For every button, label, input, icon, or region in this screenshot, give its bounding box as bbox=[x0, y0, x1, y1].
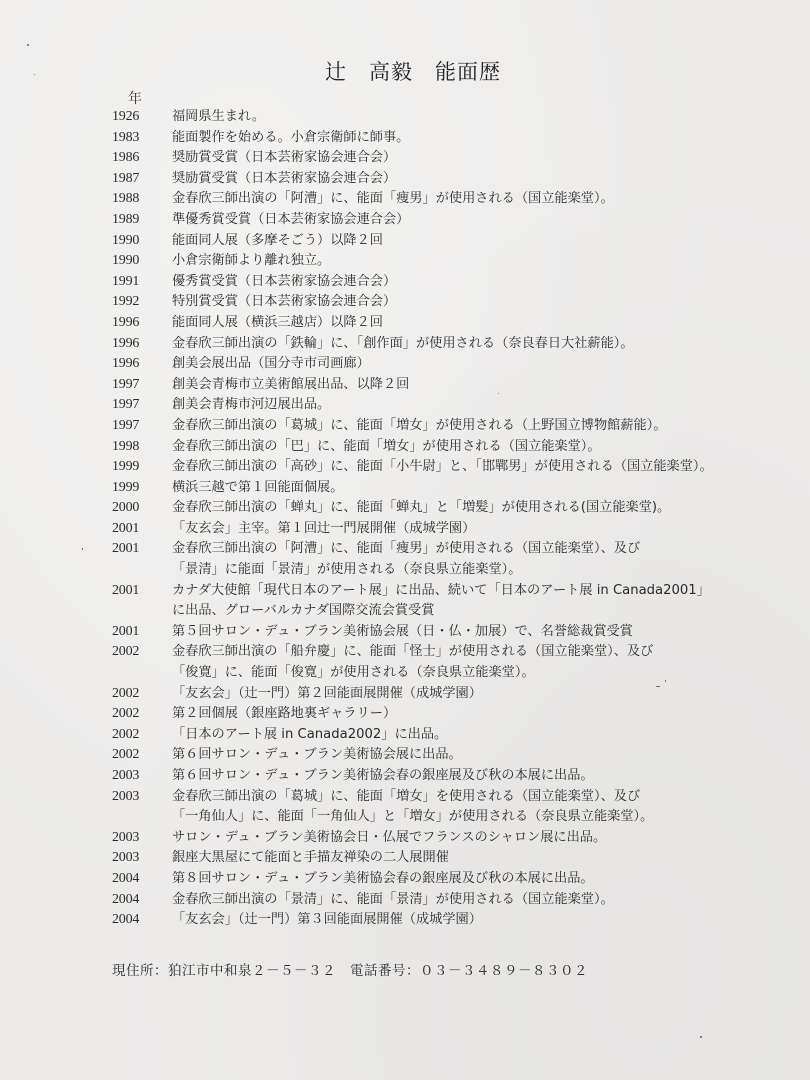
history-entry: 1997創美会青梅市立美術館展出品、以降２回 bbox=[112, 375, 792, 396]
entry-text: 福岡県生まれ。 bbox=[172, 107, 792, 128]
history-entry: 1983能面製作を始める。小倉宗衛師に師事。 bbox=[112, 128, 792, 149]
history-entry: 2004金春欣三師出演の「景清」に、能面「景清」が使用される（国立能楽堂）。 bbox=[112, 890, 792, 911]
entry-text: 第６回サロン・デュ・ブラン美術協会春の銀座展及び秋の本展に出品。 bbox=[172, 766, 792, 787]
history-entry: 1996能面同人展（横浜三越店）以降２回 bbox=[112, 313, 792, 334]
paper-speck bbox=[665, 680, 666, 682]
entry-text: 金春欣三師出演の「景清」に、能面「景清」が使用される（国立能楽堂）。 bbox=[172, 890, 792, 911]
entry-year: 2002 bbox=[112, 642, 172, 663]
history-entry: 2002金春欣三師出演の「船弁慶」に、能面「怪士」が使用される（国立能楽堂）、及… bbox=[112, 642, 792, 683]
year-column-header: 年 bbox=[128, 88, 142, 108]
history-entry: 1996創美会展出品（国分寺市司画廊） bbox=[112, 354, 792, 375]
entry-year: 2001 bbox=[112, 539, 172, 560]
entry-text: 第８回サロン・デュ・ブラン美術協会春の銀座展及び秋の本展に出品。 bbox=[172, 869, 792, 890]
address-text: 現住所：狛江市中和泉２－５－３２ bbox=[112, 963, 336, 979]
entry-text: 能面製作を始める。小倉宗衛師に師事。 bbox=[172, 128, 792, 149]
history-entry: 2004「友玄会」（辻一門）第３回能面展開催（成城学園） bbox=[112, 910, 792, 931]
entry-text: 金春欣三師出演の「葛城」に、能面「増女」が使用される（上野国立博物館薪能）。 bbox=[172, 416, 792, 437]
history-entry: 2004第８回サロン・デュ・ブラン美術協会春の銀座展及び秋の本展に出品。 bbox=[112, 869, 792, 890]
history-entry: 1988金春欣三師出演の「阿漕」に、能面「痩男」が使用される（国立能楽堂）。 bbox=[112, 189, 792, 210]
entry-text: 第２回個展（銀座路地裏ギャラリー） bbox=[172, 704, 792, 725]
history-list: 1926福岡県生まれ。1983能面製作を始める。小倉宗衛師に師事。1986奨励賞… bbox=[112, 107, 792, 931]
entry-text: 能面同人展（横浜三越店）以降２回 bbox=[172, 313, 792, 334]
history-entry: 1999横浜三越で第１回能面個展。 bbox=[112, 478, 792, 499]
entry-text: 金春欣三師出演の「高砂」に、能面「小牛尉」と、「邯鄲男」が使用される（国立能楽堂… bbox=[172, 457, 792, 478]
entry-text: 金春欣三師出演の「船弁慶」に、能面「怪士」が使用される（国立能楽堂）、及び 「俊… bbox=[172, 642, 792, 683]
entry-year: 2001 bbox=[112, 581, 172, 602]
paper-speck bbox=[34, 74, 35, 75]
entry-year: 2003 bbox=[112, 828, 172, 849]
history-entry: 2002「日本のアート展 in Canada2002」に出品。 bbox=[112, 725, 792, 746]
history-entry: 2002第６回サロン・デュ・ブラン美術協会展に出品。 bbox=[112, 745, 792, 766]
entry-year: 2003 bbox=[112, 766, 172, 787]
phone-text: 電話番号：０３－３４８９－８３０２ bbox=[350, 963, 588, 979]
entry-text: 準優秀賞受賞（日本芸術家協会連合会） bbox=[172, 210, 792, 231]
history-entry: 2001カナダ大使館「現代日本のアート展」に出品、続いて「日本のアート展 in … bbox=[112, 581, 792, 622]
entry-text: 特別賞受賞（日本芸術家協会連合会） bbox=[172, 292, 792, 313]
entry-year: 1998 bbox=[112, 437, 172, 458]
entry-text: 第６回サロン・デュ・ブラン美術協会展に出品。 bbox=[172, 745, 792, 766]
paper-speck bbox=[27, 44, 29, 46]
entry-year: 1991 bbox=[112, 272, 172, 293]
history-entry: 1989準優秀賞受賞（日本芸術家協会連合会） bbox=[112, 210, 792, 231]
entry-text: 奨励賞受賞（日本芸術家協会連合会） bbox=[172, 148, 792, 169]
entry-year: 2002 bbox=[112, 704, 172, 725]
history-entry: 2003第６回サロン・デュ・ブラン美術協会春の銀座展及び秋の本展に出品。 bbox=[112, 766, 792, 787]
entry-text: 第５回サロン・デュ・ブラン美術協会展（日・仏・加展）で、名誉総裁賞受賞 bbox=[172, 622, 792, 643]
entry-text: 金春欣三師出演の「巴」に、能面「増女」が使用される（国立能楽堂）。 bbox=[172, 437, 792, 458]
entry-text: 金春欣三師出演の「蝉丸」に、能面「蝉丸」と「増髪」が使用される(国立能楽堂)。 bbox=[172, 498, 792, 519]
entry-year: 2001 bbox=[112, 519, 172, 540]
entry-year: 1990 bbox=[112, 251, 172, 272]
entry-year: 1992 bbox=[112, 292, 172, 313]
entry-text: 創美会青梅市河辺展出品。 bbox=[172, 395, 792, 416]
entry-text: 小倉宗衛師より離れ独立。 bbox=[172, 251, 792, 272]
entry-year: 1990 bbox=[112, 231, 172, 252]
entry-year: 2000 bbox=[112, 498, 172, 519]
entry-text: 能面同人展（多摩そごう）以降２回 bbox=[172, 231, 792, 252]
entry-text: 「日本のアート展 in Canada2002」に出品。 bbox=[172, 725, 792, 746]
history-entry: 2002「友玄会」（辻一門）第２回能面展開催（成城学園） bbox=[112, 684, 792, 705]
history-entry: 1991優秀賞受賞（日本芸術家協会連合会） bbox=[112, 272, 792, 293]
history-entry: 2003サロン・デュ・ブラン美術協会日・仏展でフランスのシャロン展に出品。 bbox=[112, 828, 792, 849]
entry-year: 1996 bbox=[112, 334, 172, 355]
history-entry: 1997金春欣三師出演の「葛城」に、能面「増女」が使用される（上野国立博物館薪能… bbox=[112, 416, 792, 437]
contact-footer: 現住所：狛江市中和泉２－５－３２電話番号：０３－３４８９－８３０２ bbox=[112, 959, 588, 979]
entry-year: 2004 bbox=[112, 910, 172, 931]
history-entry: 2001金春欣三師出演の「阿漕」に、能面「痩男」が使用される（国立能楽堂）、及び… bbox=[112, 539, 792, 580]
paper-speck bbox=[498, 393, 499, 394]
history-entry: 2001「友玄会」主宰。第１回辻一門展開催（成城学園） bbox=[112, 519, 792, 540]
entry-year: 1986 bbox=[112, 148, 172, 169]
history-entry: 2003銀座大黒屋にて能面と手描友禅染の二人展開催 bbox=[112, 848, 792, 869]
entry-year: 1997 bbox=[112, 395, 172, 416]
entry-text: 創美会青梅市立美術館展出品、以降２回 bbox=[172, 375, 792, 396]
history-entry: 1986奨励賞受賞（日本芸術家協会連合会） bbox=[112, 148, 792, 169]
history-entry: 1996金春欣三師出演の「鉄輪」に、「創作面」が使用される（奈良春日大社薪能）。 bbox=[112, 334, 792, 355]
history-entry: 2000金春欣三師出演の「蝉丸」に、能面「蝉丸」と「増髪」が使用される(国立能楽… bbox=[112, 498, 792, 519]
entry-year: 2004 bbox=[112, 869, 172, 890]
entry-text: 金春欣三師出演の「鉄輪」に、「創作面」が使用される（奈良春日大社薪能）。 bbox=[172, 334, 792, 355]
entry-text: カナダ大使館「現代日本のアート展」に出品、続いて「日本のアート展 in Cana… bbox=[172, 581, 792, 622]
entry-year: 1997 bbox=[112, 375, 172, 396]
paper-speck bbox=[700, 1036, 702, 1038]
entry-text: 銀座大黒屋にて能面と手描友禅染の二人展開催 bbox=[172, 848, 792, 869]
entry-text: 金春欣三師出演の「阿漕」に、能面「痩男」が使用される（国立能楽堂）、及び 「景清… bbox=[172, 539, 792, 580]
entry-year: 1997 bbox=[112, 416, 172, 437]
entry-text: 「友玄会」主宰。第１回辻一門展開催（成城学園） bbox=[172, 519, 792, 540]
history-entry: 1926福岡県生まれ。 bbox=[112, 107, 792, 128]
entry-year: 2002 bbox=[112, 684, 172, 705]
entry-year: 1989 bbox=[112, 210, 172, 231]
entry-year: 1999 bbox=[112, 457, 172, 478]
entry-year: 1999 bbox=[112, 478, 172, 499]
entry-year: 2003 bbox=[112, 848, 172, 869]
entry-text: 金春欣三師出演の「阿漕」に、能面「痩男」が使用される（国立能楽堂）。 bbox=[172, 189, 792, 210]
history-entry: 1998金春欣三師出演の「巴」に、能面「増女」が使用される（国立能楽堂）。 bbox=[112, 437, 792, 458]
history-entry: 1987奨励賞受賞（日本芸術家協会連合会） bbox=[112, 169, 792, 190]
entry-year: 1983 bbox=[112, 128, 172, 149]
history-entry: 2003金春欣三師出演の「葛城」に、能面「増女」を使用される（国立能楽堂）、及び… bbox=[112, 787, 792, 828]
history-entry: 2002第２回個展（銀座路地裏ギャラリー） bbox=[112, 704, 792, 725]
paper-speck bbox=[656, 686, 660, 687]
entry-text: サロン・デュ・ブラン美術協会日・仏展でフランスのシャロン展に出品。 bbox=[172, 828, 792, 849]
history-entry: 1999金春欣三師出演の「高砂」に、能面「小牛尉」と、「邯鄲男」が使用される（国… bbox=[112, 457, 792, 478]
entry-text: 金春欣三師出演の「葛城」に、能面「増女」を使用される（国立能楽堂）、及び 「一角… bbox=[172, 787, 792, 828]
entry-year: 2003 bbox=[112, 787, 172, 808]
entry-year: 1988 bbox=[112, 189, 172, 210]
entry-year: 1996 bbox=[112, 313, 172, 334]
entry-text: 創美会展出品（国分寺市司画廊） bbox=[172, 354, 792, 375]
entry-text: 横浜三越で第１回能面個展。 bbox=[172, 478, 792, 499]
entry-year: 1996 bbox=[112, 354, 172, 375]
entry-year: 1926 bbox=[112, 107, 172, 128]
paper-speck bbox=[82, 548, 83, 550]
entry-text: 「友玄会」（辻一門）第３回能面展開催（成城学園） bbox=[172, 910, 792, 931]
history-entry: 1990能面同人展（多摩そごう）以降２回 bbox=[112, 231, 792, 252]
page-title: 辻 高毅 能面歴 bbox=[0, 56, 810, 86]
entry-year: 1987 bbox=[112, 169, 172, 190]
entry-text: 「友玄会」（辻一門）第２回能面展開催（成城学園） bbox=[172, 684, 792, 705]
history-entry: 1990小倉宗衛師より離れ独立。 bbox=[112, 251, 792, 272]
history-entry: 1992特別賞受賞（日本芸術家協会連合会） bbox=[112, 292, 792, 313]
history-entry: 1997創美会青梅市河辺展出品。 bbox=[112, 395, 792, 416]
history-entry: 2001第５回サロン・デュ・ブラン美術協会展（日・仏・加展）で、名誉総裁賞受賞 bbox=[112, 622, 792, 643]
entry-text: 奨励賞受賞（日本芸術家協会連合会） bbox=[172, 169, 792, 190]
entry-year: 2001 bbox=[112, 622, 172, 643]
entry-year: 2002 bbox=[112, 745, 172, 766]
document-page: 辻 高毅 能面歴 年 1926福岡県生まれ。1983能面製作を始める。小倉宗衛師… bbox=[0, 0, 810, 1080]
entry-year: 2004 bbox=[112, 890, 172, 911]
entry-year: 2002 bbox=[112, 725, 172, 746]
entry-text: 優秀賞受賞（日本芸術家協会連合会） bbox=[172, 272, 792, 293]
